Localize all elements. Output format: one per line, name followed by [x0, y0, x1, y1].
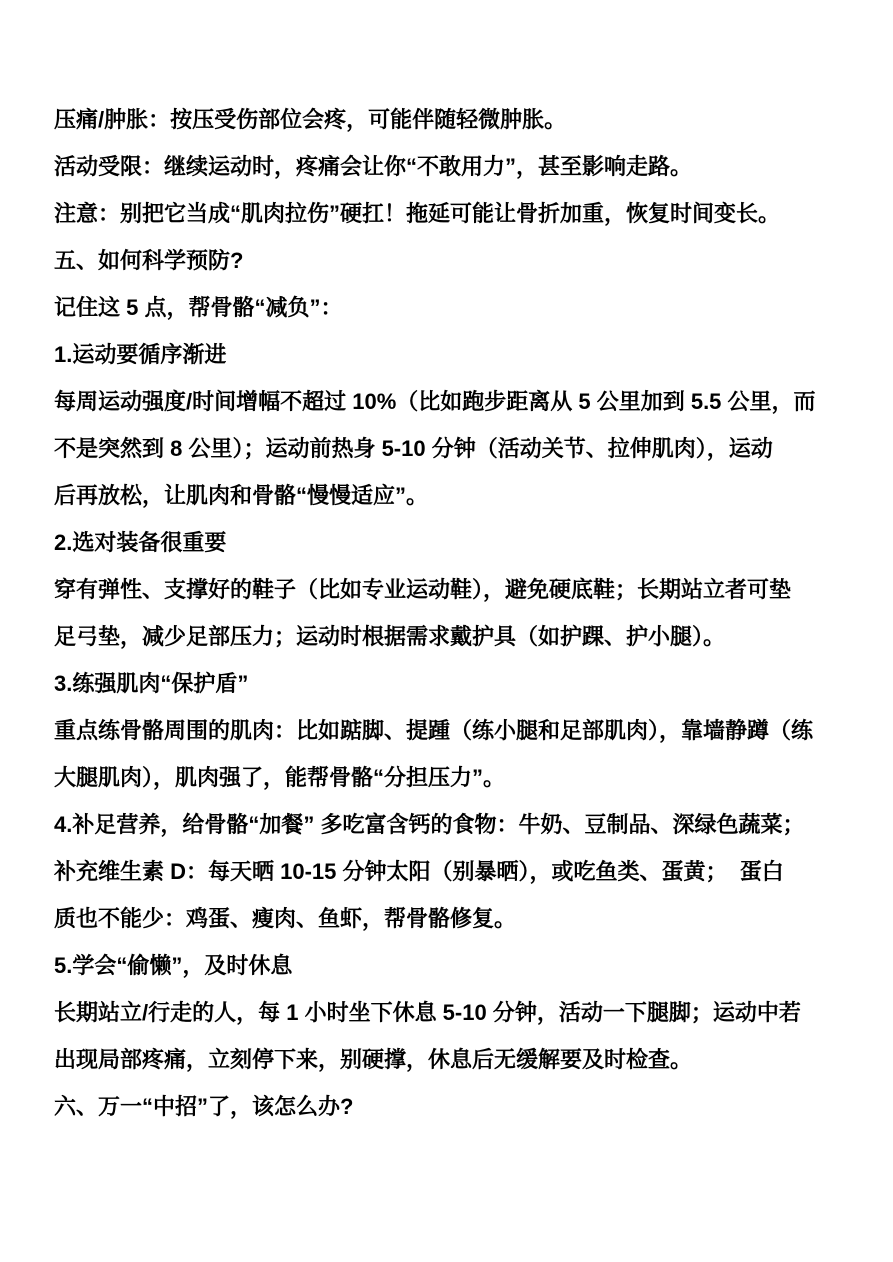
numbered-point-line: 1.运动要循序渐进	[54, 331, 866, 378]
paragraph-line: 记住这 5 点，帮骨骼“减负”：	[54, 284, 866, 331]
paragraph-line: 每周运动强度/时间增幅不超过 10%（比如跑步距离从 5 公里加到 5.5 公里…	[54, 378, 866, 425]
paragraph-line: 足弓垫，减少足部压力；运动时根据需求戴护具（如护踝、护小腿）。	[54, 613, 866, 660]
paragraph-line: 大腿肌肉），肌肉强了，能帮骨骼“分担压力”。	[54, 754, 866, 801]
paragraph-line: 后再放松，让肌肉和骨骼“慢慢适应”。	[54, 472, 866, 519]
numbered-point-line: 2.选对装备很重要	[54, 519, 866, 566]
section-heading: 五、如何科学预防?	[54, 237, 866, 284]
paragraph-line: 补充维生素 D：每天晒 10-15 分钟太阳（别暴晒），或吃鱼类、蛋黄； 蛋白	[54, 848, 866, 895]
paragraph-line: 重点练骨骼周围的肌肉：比如踮脚、提踵（练小腿和足部肌肉），靠墙静蹲（练	[54, 707, 866, 754]
section-heading: 六、万一“中招”了，该怎么办?	[54, 1083, 866, 1130]
numbered-point-line: 3.练强肌肉“保护盾”	[54, 660, 866, 707]
paragraph-line: 不是突然到 8 公里）；运动前热身 5-10 分钟（活动关节、拉伸肌肉），运动	[54, 425, 866, 472]
paragraph-line: 活动受限：继续运动时，疼痛会让你“不敢用力”，甚至影响走路。	[54, 143, 866, 190]
document-page: 压痛/肿胀：按压受伤部位会疼，可能伴随轻微肿胀。 活动受限：继续运动时，疼痛会让…	[0, 0, 893, 1262]
paragraph-line: 出现局部疼痛，立刻停下来，别硬撑，休息后无缓解要及时检查。	[54, 1036, 866, 1083]
paragraph-line: 穿有弹性、支撑好的鞋子（比如专业运动鞋），避免硬底鞋；长期站立者可垫	[54, 566, 866, 613]
numbered-point-line: 5.学会“偷懒”，及时休息	[54, 942, 866, 989]
numbered-point-line: 4.补足营养，给骨骼“加餐” 多吃富含钙的食物：牛奶、豆制品、深绿色蔬菜；	[54, 801, 866, 848]
paragraph-line: 注意：别把它当成“肌肉拉伤”硬扛！拖延可能让骨折加重，恢复时间变长。	[54, 190, 866, 237]
document-body: 压痛/肿胀：按压受伤部位会疼，可能伴随轻微肿胀。 活动受限：继续运动时，疼痛会让…	[54, 96, 866, 1130]
paragraph-line: 质也不能少：鸡蛋、瘦肉、鱼虾，帮骨骼修复。	[54, 895, 866, 942]
paragraph-line: 压痛/肿胀：按压受伤部位会疼，可能伴随轻微肿胀。	[54, 96, 866, 143]
paragraph-line: 长期站立/行走的人，每 1 小时坐下休息 5-10 分钟，活动一下腿脚；运动中若	[54, 989, 866, 1036]
